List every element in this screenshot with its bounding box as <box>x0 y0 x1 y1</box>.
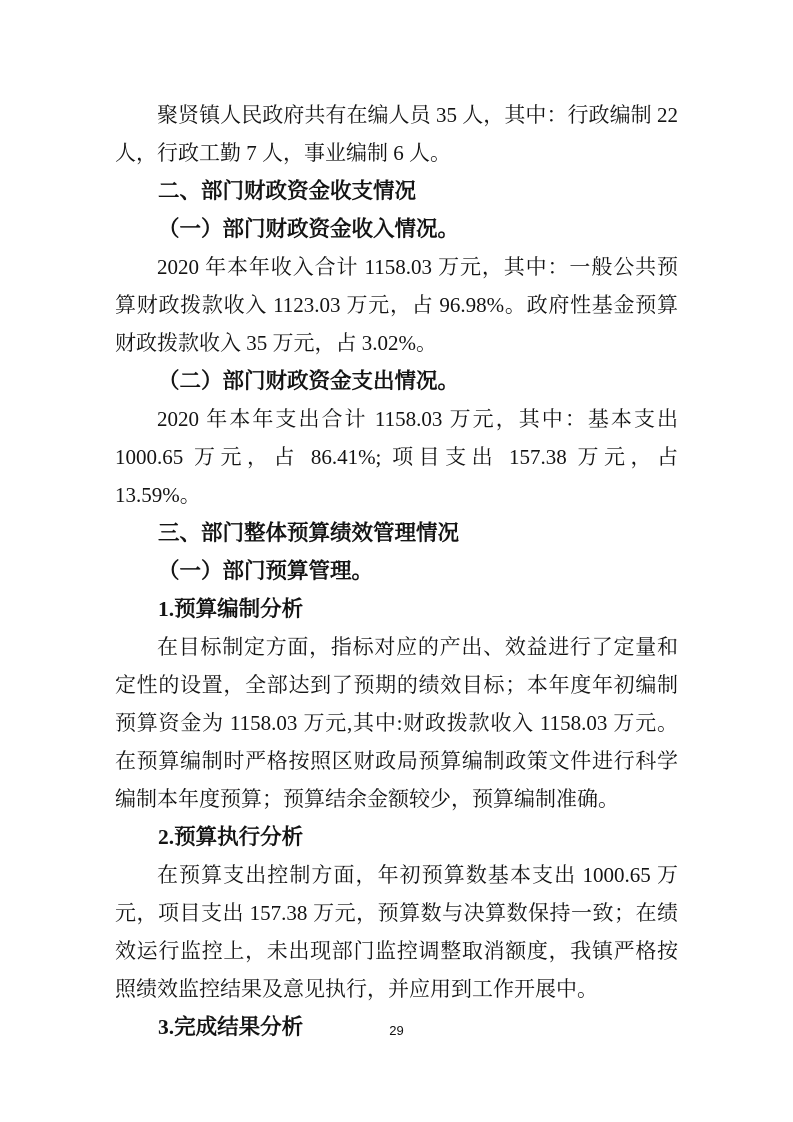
paragraph-expenditure: 2020 年本年支出合计 1158.03 万元，其中：基本支出 1000.65 … <box>115 400 678 514</box>
section-heading-3: 三、部门整体预算绩效管理情况 <box>115 514 678 552</box>
subsection-heading-income: （一）部门财政资金收入情况。 <box>115 210 678 248</box>
numbered-heading-budget-execution: 2.预算执行分析 <box>115 818 678 856</box>
paragraph-staffing: 聚贤镇人民政府共有在编人员 35 人，其中：行政编制 22 人，行政工勤 7 人… <box>115 96 678 172</box>
section-heading-2: 二、部门财政资金收支情况 <box>115 172 678 210</box>
document-body: 聚贤镇人民政府共有在编人员 35 人，其中：行政编制 22 人，行政工勤 7 人… <box>115 96 678 1046</box>
subsection-heading-expenditure: （二）部门财政资金支出情况。 <box>115 362 678 400</box>
numbered-heading-budget-preparation: 1.预算编制分析 <box>115 590 678 628</box>
paragraph-income: 2020 年本年收入合计 1158.03 万元，其中：一般公共预算财政拨款收入 … <box>115 248 678 362</box>
subsection-heading-budget-management: （一）部门预算管理。 <box>115 552 678 590</box>
paragraph-budget-execution: 在预算支出控制方面，年初预算数基本支出 1000.65 万元，项目支出 157.… <box>115 856 678 1008</box>
document-page: 聚贤镇人民政府共有在编人员 35 人，其中：行政编制 22 人，行政工勤 7 人… <box>0 0 793 1122</box>
paragraph-budget-preparation: 在目标制定方面，指标对应的产出、效益进行了定量和定性的设置，全部达到了预期的绩效… <box>115 628 678 818</box>
page-number: 29 <box>0 1022 793 1040</box>
